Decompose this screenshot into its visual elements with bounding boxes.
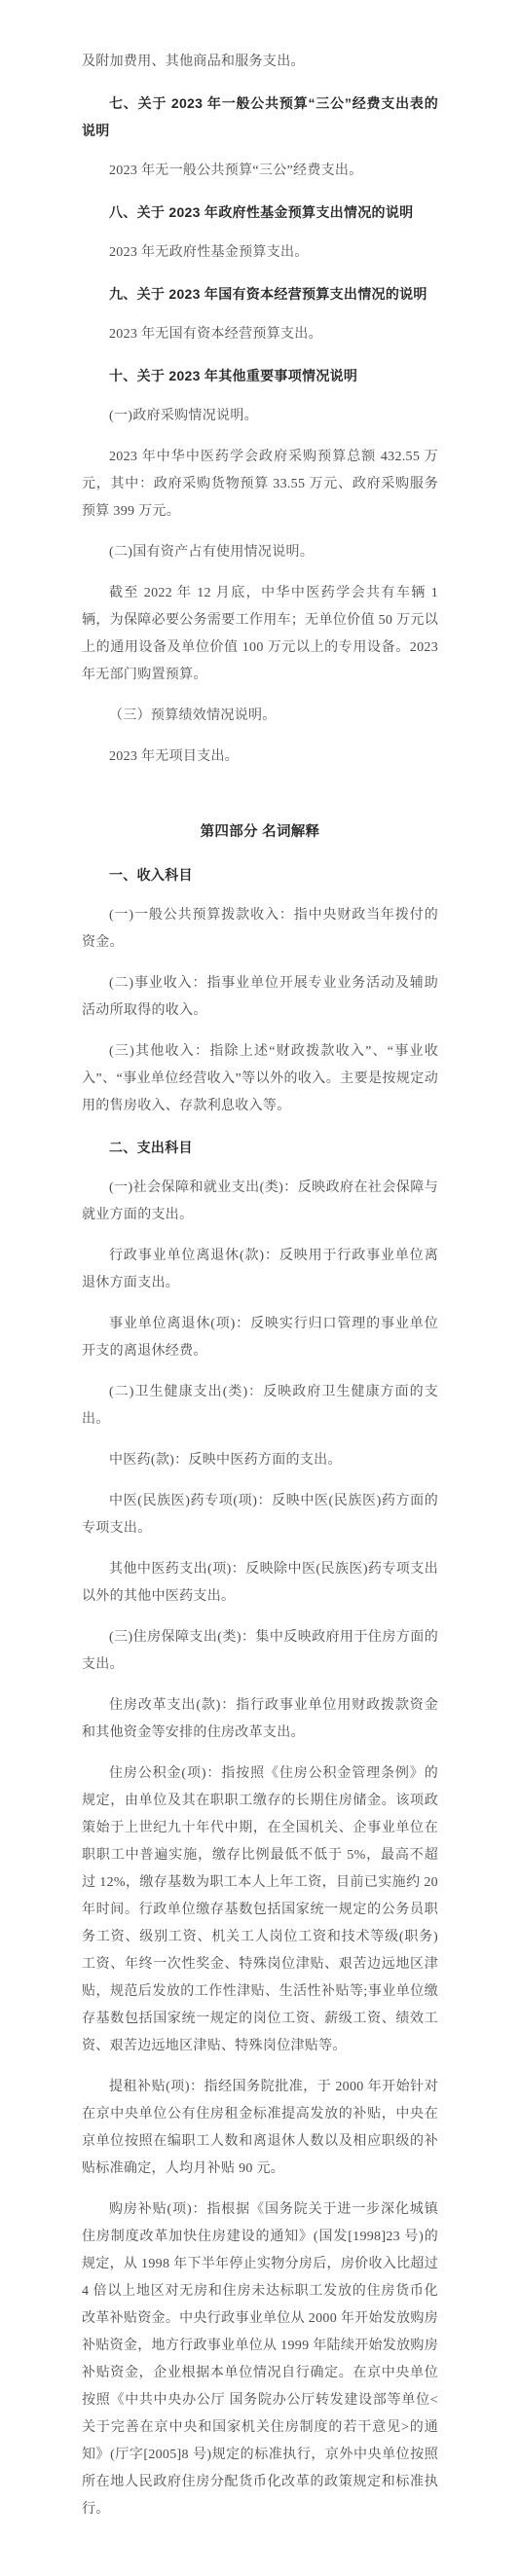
paragraph: 行政事业单位离退休(款)：反映用于行政事业单位离退休方面支出。 [82, 1243, 438, 1297]
paragraph: 2023 年无政府性基金预算支出。 [82, 239, 438, 267]
paragraph: 2023 年无项目支出。 [82, 744, 438, 771]
paragraph: （三）预算绩效情况说明。 [82, 703, 438, 730]
paragraph: 中医(民族医)药专项(项)：反映中医(民族医)药方面的专项支出。 [82, 1488, 438, 1542]
section-heading: 二、支出科目 [82, 1134, 438, 1161]
paragraph: (一)社会保障和就业支出(类)：反映政府在社会保障与就业方面的支出。 [82, 1175, 438, 1229]
paragraph: 2023 年无一般公共预算“三公”经费支出。 [82, 158, 438, 185]
paragraph: (三)住房保障支出(类)：集中反映政府用于住房方面的支出。 [82, 1624, 438, 1679]
paragraph: 中医药(款)：反映中医药方面的支出。 [82, 1447, 438, 1474]
paragraph: 2023 年中华中医药学会政府采购预算总额 432.55 万元，其中：政府采购货… [82, 444, 438, 526]
paragraph: 2023 年无国有资本经营预算支出。 [82, 321, 438, 348]
paragraph: 及附加费用、其他商品和服务支出。 [82, 49, 438, 76]
section-heading: 七、关于 2023 年一般公共预算“三公”经费支出表的说明 [82, 90, 438, 144]
paragraph: 提租补贴(项)：指经国务院批准，于 2000 年开始针对在京中央单位公有住房租金… [82, 2074, 438, 2183]
document-page: 及附加费用、其他商品和服务支出。七、关于 2023 年一般公共预算“三公”经费支… [0, 0, 520, 2576]
section-heading: 八、关于 2023 年政府性基金预算支出情况的说明 [82, 199, 438, 226]
part-title: 第四部分 名词解释 [82, 818, 438, 846]
section-heading: 九、关于 2023 年国有资本经营预算支出情况的说明 [82, 280, 438, 308]
paragraph: 住房公积金(项)：指按照《住房公积金管理条例》的规定，由单位及其在职职工缴存的长… [82, 1760, 438, 2060]
paragraph: (一)政府采购情况说明。 [82, 403, 438, 430]
paragraph: (二)卫生健康支出(类)：反映政府卫生健康方面的支出。 [82, 1379, 438, 1433]
section-heading: 一、收入科目 [82, 861, 438, 889]
paragraph: 截至 2022 年 12 月底，中华中医药学会共有车辆 1 辆，为保障必要公务需… [82, 580, 438, 689]
document-body: 及附加费用、其他商品和服务支出。七、关于 2023 年一般公共预算“三公”经费支… [82, 49, 438, 2523]
paragraph: 其他中医药支出(项)：反映除中医(民族医)药专项支出以外的其他中医药支出。 [82, 1556, 438, 1611]
paragraph: 事业单位离退休(项)：反映实行归口管理的事业单位开支的离退休经费。 [82, 1311, 438, 1365]
section-heading: 十、关于 2023 年其他重要事项情况说明 [82, 362, 438, 389]
paragraph: 住房改革支出(款)：指行政事业单位用财政拨款资金和其他资金等安排的住房改革支出。 [82, 1692, 438, 1747]
paragraph: (一)一般公共预算拨款收入：指中央财政当年拨付的资金。 [82, 902, 438, 957]
paragraph: (二)国有资产占有使用情况说明。 [82, 539, 438, 566]
paragraph: (三)其他收入：指除上述“财政拨款收入”、“事业收入”、“事业单位经营收入”等以… [82, 1038, 438, 1120]
paragraph: (二)事业收入：指事业单位开展专业业务活动及辅助活动所取得的收入。 [82, 970, 438, 1025]
paragraph: 购房补贴(项)：指根据《国务院关于进一步深化城镇住房制度改革加快住房建设的通知》… [82, 2196, 438, 2523]
